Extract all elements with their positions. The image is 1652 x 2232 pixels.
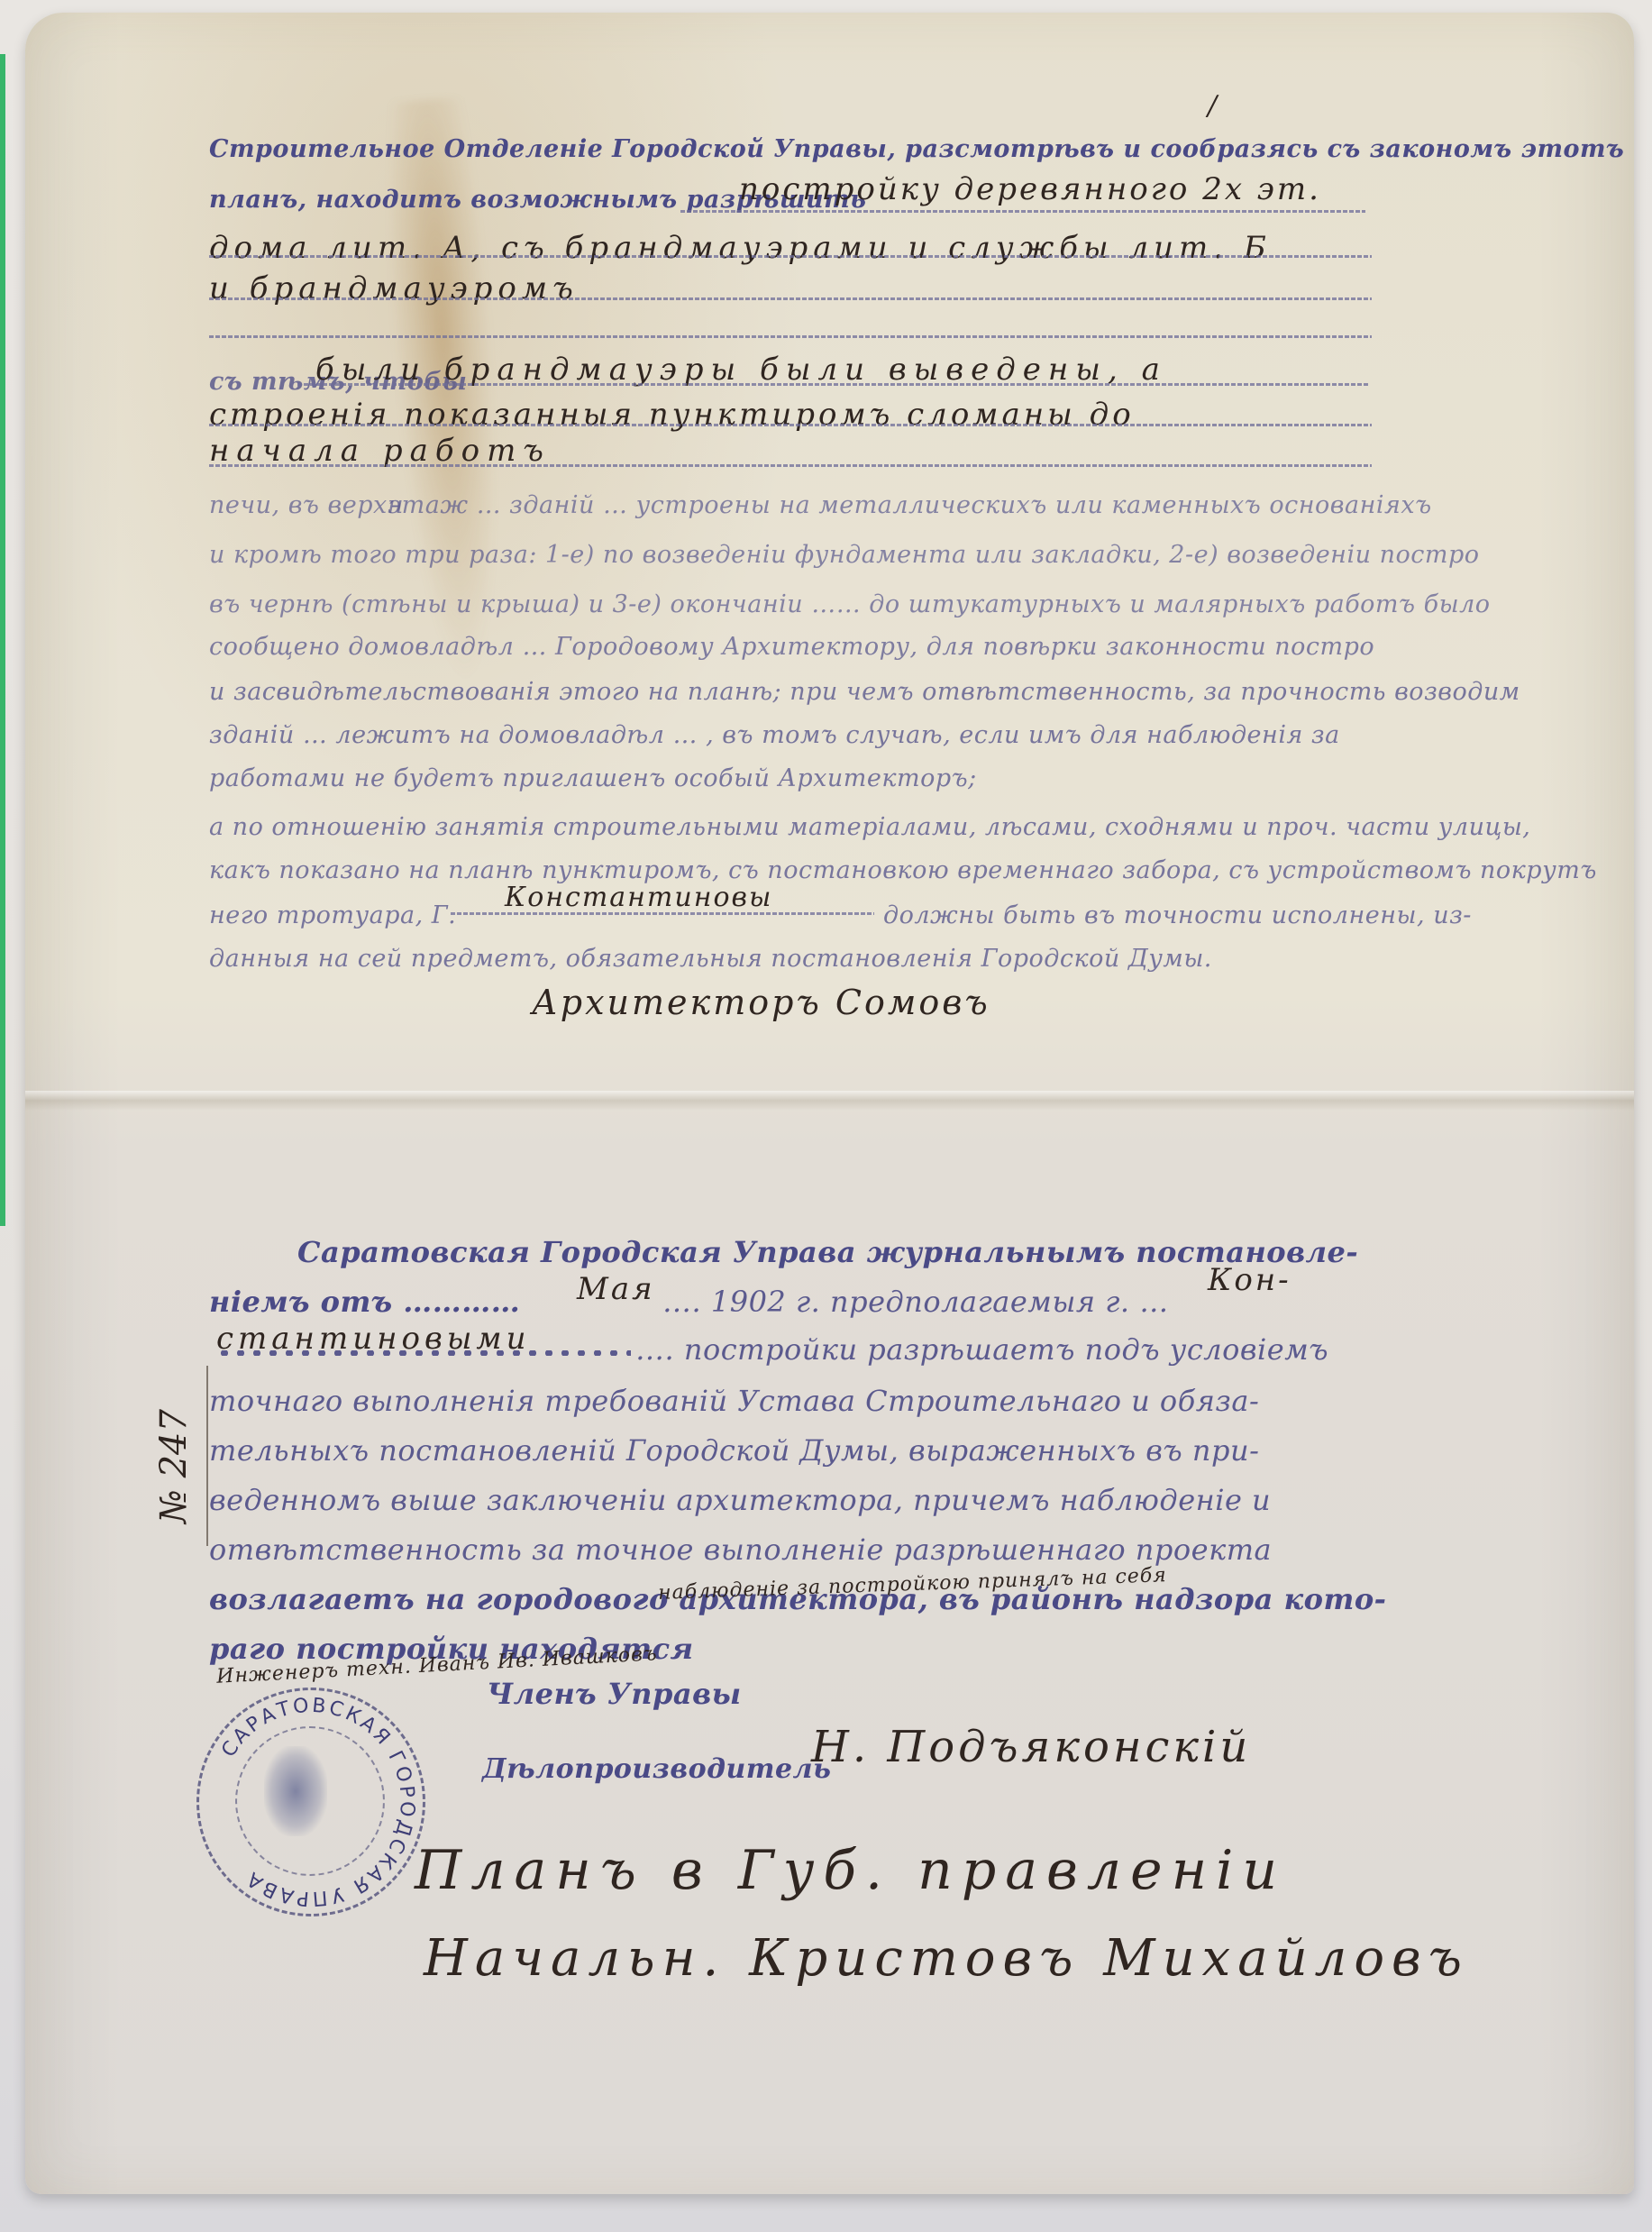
printed-line: данныя на сей предметъ, обязательныя пос…: [209, 945, 1212, 973]
printed-line: отвѣтственность за точное выполненіе раз…: [209, 1532, 1272, 1567]
handwritten-entry: строенія показанныя пунктиромъ сломаны д…: [209, 397, 1135, 433]
fill-rule: [209, 335, 1372, 338]
fill-rule: [209, 255, 1372, 258]
margin-line: [206, 1366, 208, 1546]
printed-line: и засвидѣтельствованія этого на планѣ; п…: [209, 678, 1520, 706]
printed-line: работами не будетъ приглашенъ особый Арх…: [209, 764, 977, 792]
final-note-line-2: Начальн. Кристовъ Михайловъ: [424, 1929, 1469, 1988]
handwritten-entry: начала работъ: [209, 433, 551, 469]
final-note-line-1: Планъ в Губ. правленіи: [415, 1839, 1286, 1902]
handwritten-entry: постройку деревянного 2х эт.: [739, 171, 1321, 207]
fill-rule: [297, 383, 1370, 386]
printed-line: зданій … лежитъ на домовладѣл … , въ том…: [209, 721, 1340, 749]
printed-line: Саратовская Городская Управа журнальнымъ…: [297, 1235, 1358, 1269]
printed-line: и кромѣ того три раза: 1-е) по возведені…: [209, 541, 1479, 569]
clerk-label: Дѣлопроизводитель: [482, 1753, 831, 1785]
handwritten-entry: Константиновы: [505, 882, 772, 913]
printed-line: Строительное Отделеніе Городской Управы,…: [209, 135, 1624, 163]
seal-text: САРАТОВСКАЯ ГОРОДСКАЯ УПРАВА: [199, 1690, 423, 1914]
printed-line: …. постройки разрѣшаетъ подъ условіемъ: [635, 1332, 1328, 1367]
handwritten-entry: дома лит. А, съ брандмауэрами и службы л…: [209, 230, 1272, 266]
registration-number: № 247: [153, 1409, 195, 1523]
architect-signature: Архитекторъ Сомовъ: [532, 983, 990, 1022]
fill-rule: [451, 912, 874, 915]
member-label: Членъ Управы: [487, 1677, 742, 1711]
fill-rule: [680, 210, 1365, 213]
printed-line: должны быть въ точности исполнены, из-: [883, 901, 1472, 929]
handwritten-entry: были брандмауэры были выведены, а: [315, 352, 1167, 388]
fill-rule: [209, 464, 1372, 467]
printed-line: тельныхъ постановленій Городской Думы, в…: [209, 1433, 1259, 1468]
printed-line: въ чернѣ (стѣны и крыша) и 3-е) окончані…: [209, 590, 1491, 618]
printed-line: печи, въ верхн: [209, 491, 404, 519]
paper-fold: [25, 1091, 1634, 1111]
fill-rule: [209, 297, 1372, 300]
clerk-signature: Н. Подъяконскій: [811, 1722, 1251, 1772]
handwritten-entry: Кон-: [1208, 1262, 1291, 1298]
background-green-edge: [0, 54, 5, 1226]
dotted-fill: [216, 1350, 631, 1356]
printed-line: веденномъ выше заключеніи архитектора, п…: [209, 1483, 1271, 1517]
printed-line: него тротуара, Г.: [209, 901, 456, 929]
printed-line: …. 1902 г. предполагаемыя г. …: [662, 1285, 1169, 1319]
printed-line: ніемъ отъ …………: [209, 1285, 520, 1319]
printed-line: какъ показано на планѣ пунктиромъ, съ по…: [209, 856, 1597, 884]
printed-line: этаж … зданій … устроены на металлически…: [388, 491, 1432, 519]
council-seal: САРАТОВСКАЯ ГОРОДСКАЯ УПРАВА: [196, 1688, 425, 1916]
handwritten-entry: и брандмауэромъ: [209, 270, 579, 306]
printed-line: точнаго выполненія требованій Устава Стр…: [209, 1384, 1259, 1418]
printed-line: сообщено домовладѣл … Городовому Архитек…: [209, 633, 1374, 661]
handwritten-entry: Мая: [577, 1271, 655, 1307]
printed-line: а по отношенію занятія строительными мат…: [209, 813, 1530, 841]
svg-text:САРАТОВСКАЯ ГОРОДСКАЯ УПРАВА: САРАТОВСКАЯ ГОРОДСКАЯ УПРАВА: [217, 1695, 418, 1910]
top-mark: /: [1208, 90, 1219, 122]
fill-rule: [209, 424, 1372, 426]
